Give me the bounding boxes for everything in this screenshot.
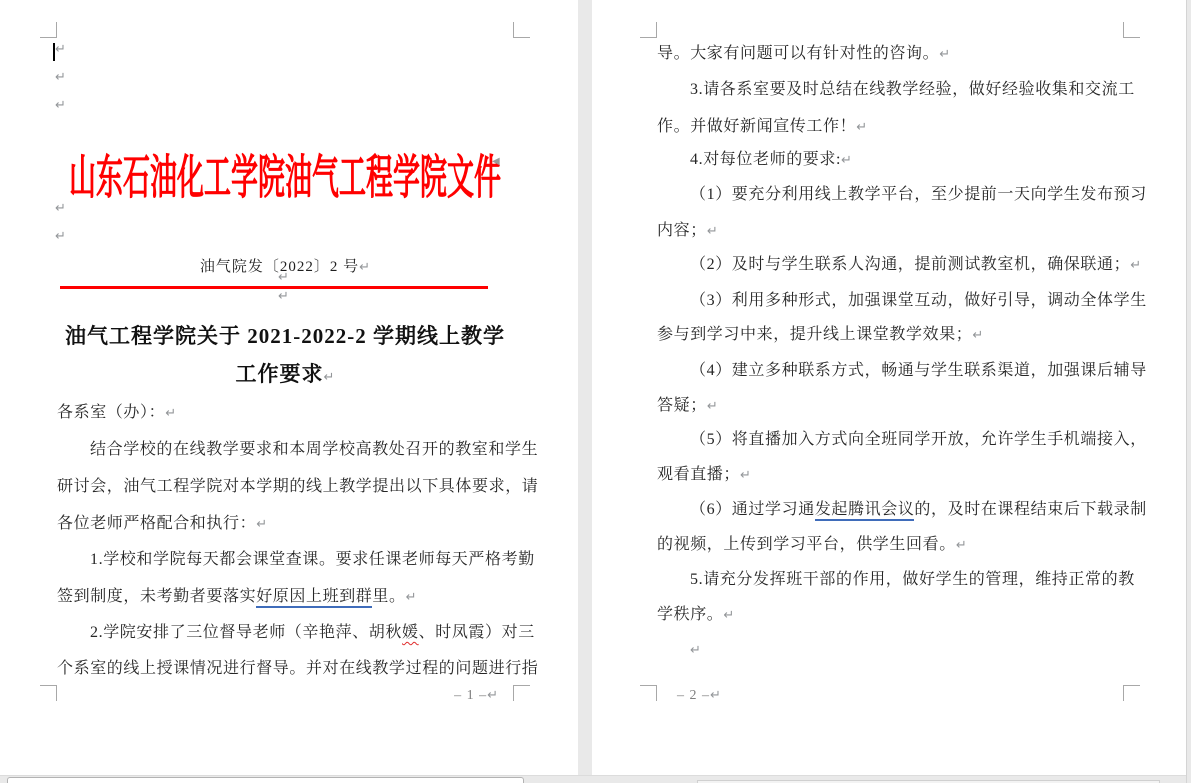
body-line[interactable]: （5）将直播加入方式向全班同学开放，允许学生手机端接入， xyxy=(690,430,1147,450)
pilcrow-mark: ↵ xyxy=(723,608,734,623)
pilcrow-mark: ↵ xyxy=(278,270,289,285)
body-line[interactable]: 3.请各系室要及时总结在线教学经验，做好经验收集和交流工 xyxy=(690,80,1135,100)
page-number-1: – 1 –↵ xyxy=(57,688,498,704)
underlined-text: 发起腾讯会议 xyxy=(815,501,915,521)
body-line[interactable]: （2）及时与学生联系人沟通，提前测试教室机，确保联通；↵ xyxy=(690,255,1141,276)
text-run: （6）通过学习通 xyxy=(690,501,815,518)
body-line[interactable]: 答疑；↵ xyxy=(657,396,718,417)
body-line[interactable]: 内容；↵ xyxy=(657,221,718,242)
text-run: 1.学校和学院每天都会课堂查课。要求任课老师每天严格考勤 xyxy=(90,551,535,568)
crop-mark-top-right xyxy=(1123,22,1140,38)
body-line[interactable]: 学秩序。↵ xyxy=(657,605,734,626)
text-run: 作。并做好新闻宣传工作！ xyxy=(657,118,856,135)
text-run: 参与到学习中来，提升线上课堂教学效果； xyxy=(657,326,972,343)
body-line[interactable]: 结合学校的在线教学要求和本周学校高教处召开的教室和学生 xyxy=(90,440,538,460)
pilcrow-mark: ↵ xyxy=(956,538,967,553)
pilcrow-mark: ↵ xyxy=(278,289,289,304)
pilcrow-mark: ↵ xyxy=(55,70,66,85)
body-line[interactable]: 研讨会，油气工程学院对本学期的线上教学提出以下具体要求，请 xyxy=(57,477,538,497)
crop-mark-bottom-left xyxy=(640,685,657,701)
text-run: 答疑； xyxy=(657,397,707,414)
page-gap xyxy=(578,0,592,775)
body-line[interactable]: 参与到学习中来，提升线上课堂教学效果；↵ xyxy=(657,325,983,346)
pilcrow-mark: ↵ xyxy=(55,98,66,113)
document-title-line-2[interactable]: 工作要求↵ xyxy=(37,358,533,388)
pilcrow-mark: ↵ xyxy=(740,468,751,483)
text-run: 观看直播； xyxy=(657,466,740,483)
text-run: 研讨会，油气工程学院对本学期的线上教学提出以下具体要求，请 xyxy=(57,478,538,495)
red-separator-line xyxy=(60,286,488,289)
text-run: 学秩序。 xyxy=(657,606,723,623)
underlined-text: 好原因上班到群 xyxy=(256,588,372,608)
crop-mark-bottom-left xyxy=(40,685,57,701)
pilcrow-mark: ↵ xyxy=(972,328,983,343)
pilcrow-mark: ↵ xyxy=(841,153,852,168)
page-2[interactable]: 导。大家有问题可以有针对性的咨询。↵3.请各系室要及时总结在线教学经验，做好经验… xyxy=(592,0,1186,775)
text-run: 内容； xyxy=(657,222,707,239)
text-run: 里。 xyxy=(372,588,405,605)
body-line[interactable]: 签到制度，未考勤者要落实好原因上班到群里。↵ xyxy=(57,587,417,608)
body-line[interactable]: 5.请充分发挥班干部的作用，做好学生的管理，维持正常的教 xyxy=(690,570,1135,590)
text-run: 的，及时在课程结束后下载录制 xyxy=(914,501,1146,518)
vertical-scrollbar-edge xyxy=(1186,0,1191,783)
body-line[interactable]: 个系室的线上授课情况进行督导。并对在线教学过程的问题进行指 xyxy=(57,659,538,679)
pilcrow-mark: ↵ xyxy=(690,643,701,658)
body-line[interactable]: 2.学院安排了三位督导老师（辛艳萍、胡秋媛、时凤霞）对三 xyxy=(90,623,535,643)
body-line[interactable]: 1.学校和学院每天都会课堂查课。要求任课老师每天严格考勤 xyxy=(90,550,535,570)
crop-mark-bottom-right xyxy=(513,685,530,701)
text-run: 个系室的线上授课情况进行督导。并对在线教学过程的问题进行指 xyxy=(57,660,538,677)
document-title-line-1[interactable]: 油气工程学院关于 2021-2022-2 学期线上教学 xyxy=(37,320,533,350)
crop-mark-top-right xyxy=(513,22,530,38)
pilcrow-mark: ↵ xyxy=(55,42,66,57)
pilcrow-mark: ↵ xyxy=(707,224,718,239)
pilcrow-mark: ↵ xyxy=(256,517,267,532)
pilcrow-mark: ↵ xyxy=(165,406,176,421)
text-run: （1）要充分利用线上教学平台，至少提前一天向学生发布预习 xyxy=(690,186,1147,203)
pilcrow-mark: ↵ xyxy=(55,201,66,216)
crop-mark-bottom-right xyxy=(1123,685,1140,701)
word-document-canvas: ↵ ↵ ↵ 山东石油化工学院油气工程学院文件 ◀ ↵ ↵ 油气院发〔2022〕2… xyxy=(0,0,1191,783)
text-run: 4.对每位老师的要求: xyxy=(690,151,841,168)
page-1[interactable]: ↵ ↵ ↵ 山东石油化工学院油气工程学院文件 ◀ ↵ ↵ 油气院发〔2022〕2… xyxy=(0,0,578,775)
pilcrow-mark: ↵ xyxy=(487,688,498,703)
body-line[interactable]: （4）建立多种联系方式，畅通与学生联系渠道，加强课后辅导 xyxy=(690,361,1147,381)
pilcrow-mark: ↵ xyxy=(710,688,721,703)
text-run: 签到制度，未考勤者要落实 xyxy=(57,588,256,605)
crop-mark-top-left xyxy=(40,22,57,38)
text-run: （3）利用多种形式，加强课堂互动，做好引导，调动全体学生 xyxy=(690,292,1147,309)
text-run: 导。大家有问题可以有针对性的咨询。 xyxy=(657,45,939,62)
body-line[interactable]: （3）利用多种形式，加强课堂互动，做好引导，调动全体学生 xyxy=(690,291,1147,311)
pilcrow-mark: ↵ xyxy=(939,47,950,62)
pilcrow-mark: ↵ xyxy=(55,229,66,244)
pilcrow-mark: ↵ xyxy=(1130,258,1141,273)
letterhead-end-mark: ◀ xyxy=(492,156,500,167)
text-run: 结合学校的在线教学要求和本周学校高教处召开的教室和学生 xyxy=(90,441,538,458)
body-line[interactable]: 作。并做好新闻宣传工作！↵ xyxy=(657,117,867,138)
horizontal-scrollbar-thumb[interactable] xyxy=(7,777,524,783)
text-run: 、时凤霞）对三 xyxy=(419,624,535,641)
letterhead-text[interactable]: 山东石油化工学院油气工程学院文件 xyxy=(57,139,513,207)
text-run: 各系室（办）： xyxy=(57,404,165,421)
page-number-2: – 2 –↵ xyxy=(677,688,721,704)
body-line[interactable]: （1）要充分利用线上教学平台，至少提前一天向学生发布预习 xyxy=(690,185,1147,205)
pilcrow-mark: ↵ xyxy=(324,370,335,385)
crop-mark-top-left xyxy=(640,22,657,38)
text-run: 3.请各系室要及时总结在线教学经验，做好经验收集和交流工 xyxy=(690,81,1135,98)
body-line[interactable]: 导。大家有问题可以有针对性的咨询。↵ xyxy=(657,44,950,65)
pilcrow-mark: ↵ xyxy=(707,399,718,414)
text-run: 2.学院安排了三位督导老师（辛艳萍、胡秋 xyxy=(90,624,402,641)
text-run: （2）及时与学生联系人沟通，提前测试教室机，确保联通； xyxy=(690,256,1130,273)
text-run: 的视频，上传到学习平台，供学生回看。 xyxy=(657,536,956,553)
body-line[interactable]: 的视频，上传到学习平台，供学生回看。↵ xyxy=(657,535,967,556)
body-line[interactable]: ↵ xyxy=(690,640,701,661)
body-line[interactable]: 4.对每位老师的要求:↵ xyxy=(690,150,852,171)
pilcrow-mark: ↵ xyxy=(856,120,867,135)
body-line[interactable]: 观看直播；↵ xyxy=(657,465,751,486)
text-run: 各位老师严格配合和执行： xyxy=(57,515,256,532)
pilcrow-mark: ↵ xyxy=(406,590,417,605)
spellcheck-flagged-text: 媛 xyxy=(402,624,419,641)
text-run: 5.请充分发挥班干部的作用，做好学生的管理，维持正常的教 xyxy=(690,571,1135,588)
pilcrow-mark: ↵ xyxy=(359,260,370,275)
text-run: （4）建立多种联系方式，畅通与学生联系渠道，加强课后辅导 xyxy=(690,362,1147,379)
body-line[interactable]: （6）通过学习通发起腾讯会议的，及时在课程结束后下载录制 xyxy=(690,500,1147,520)
body-line[interactable]: 各位老师严格配合和执行：↵ xyxy=(57,514,267,535)
text-run: （5）将直播加入方式向全班同学开放，允许学生手机端接入， xyxy=(690,431,1147,448)
body-line[interactable]: 各系室（办）：↵ xyxy=(57,403,176,424)
